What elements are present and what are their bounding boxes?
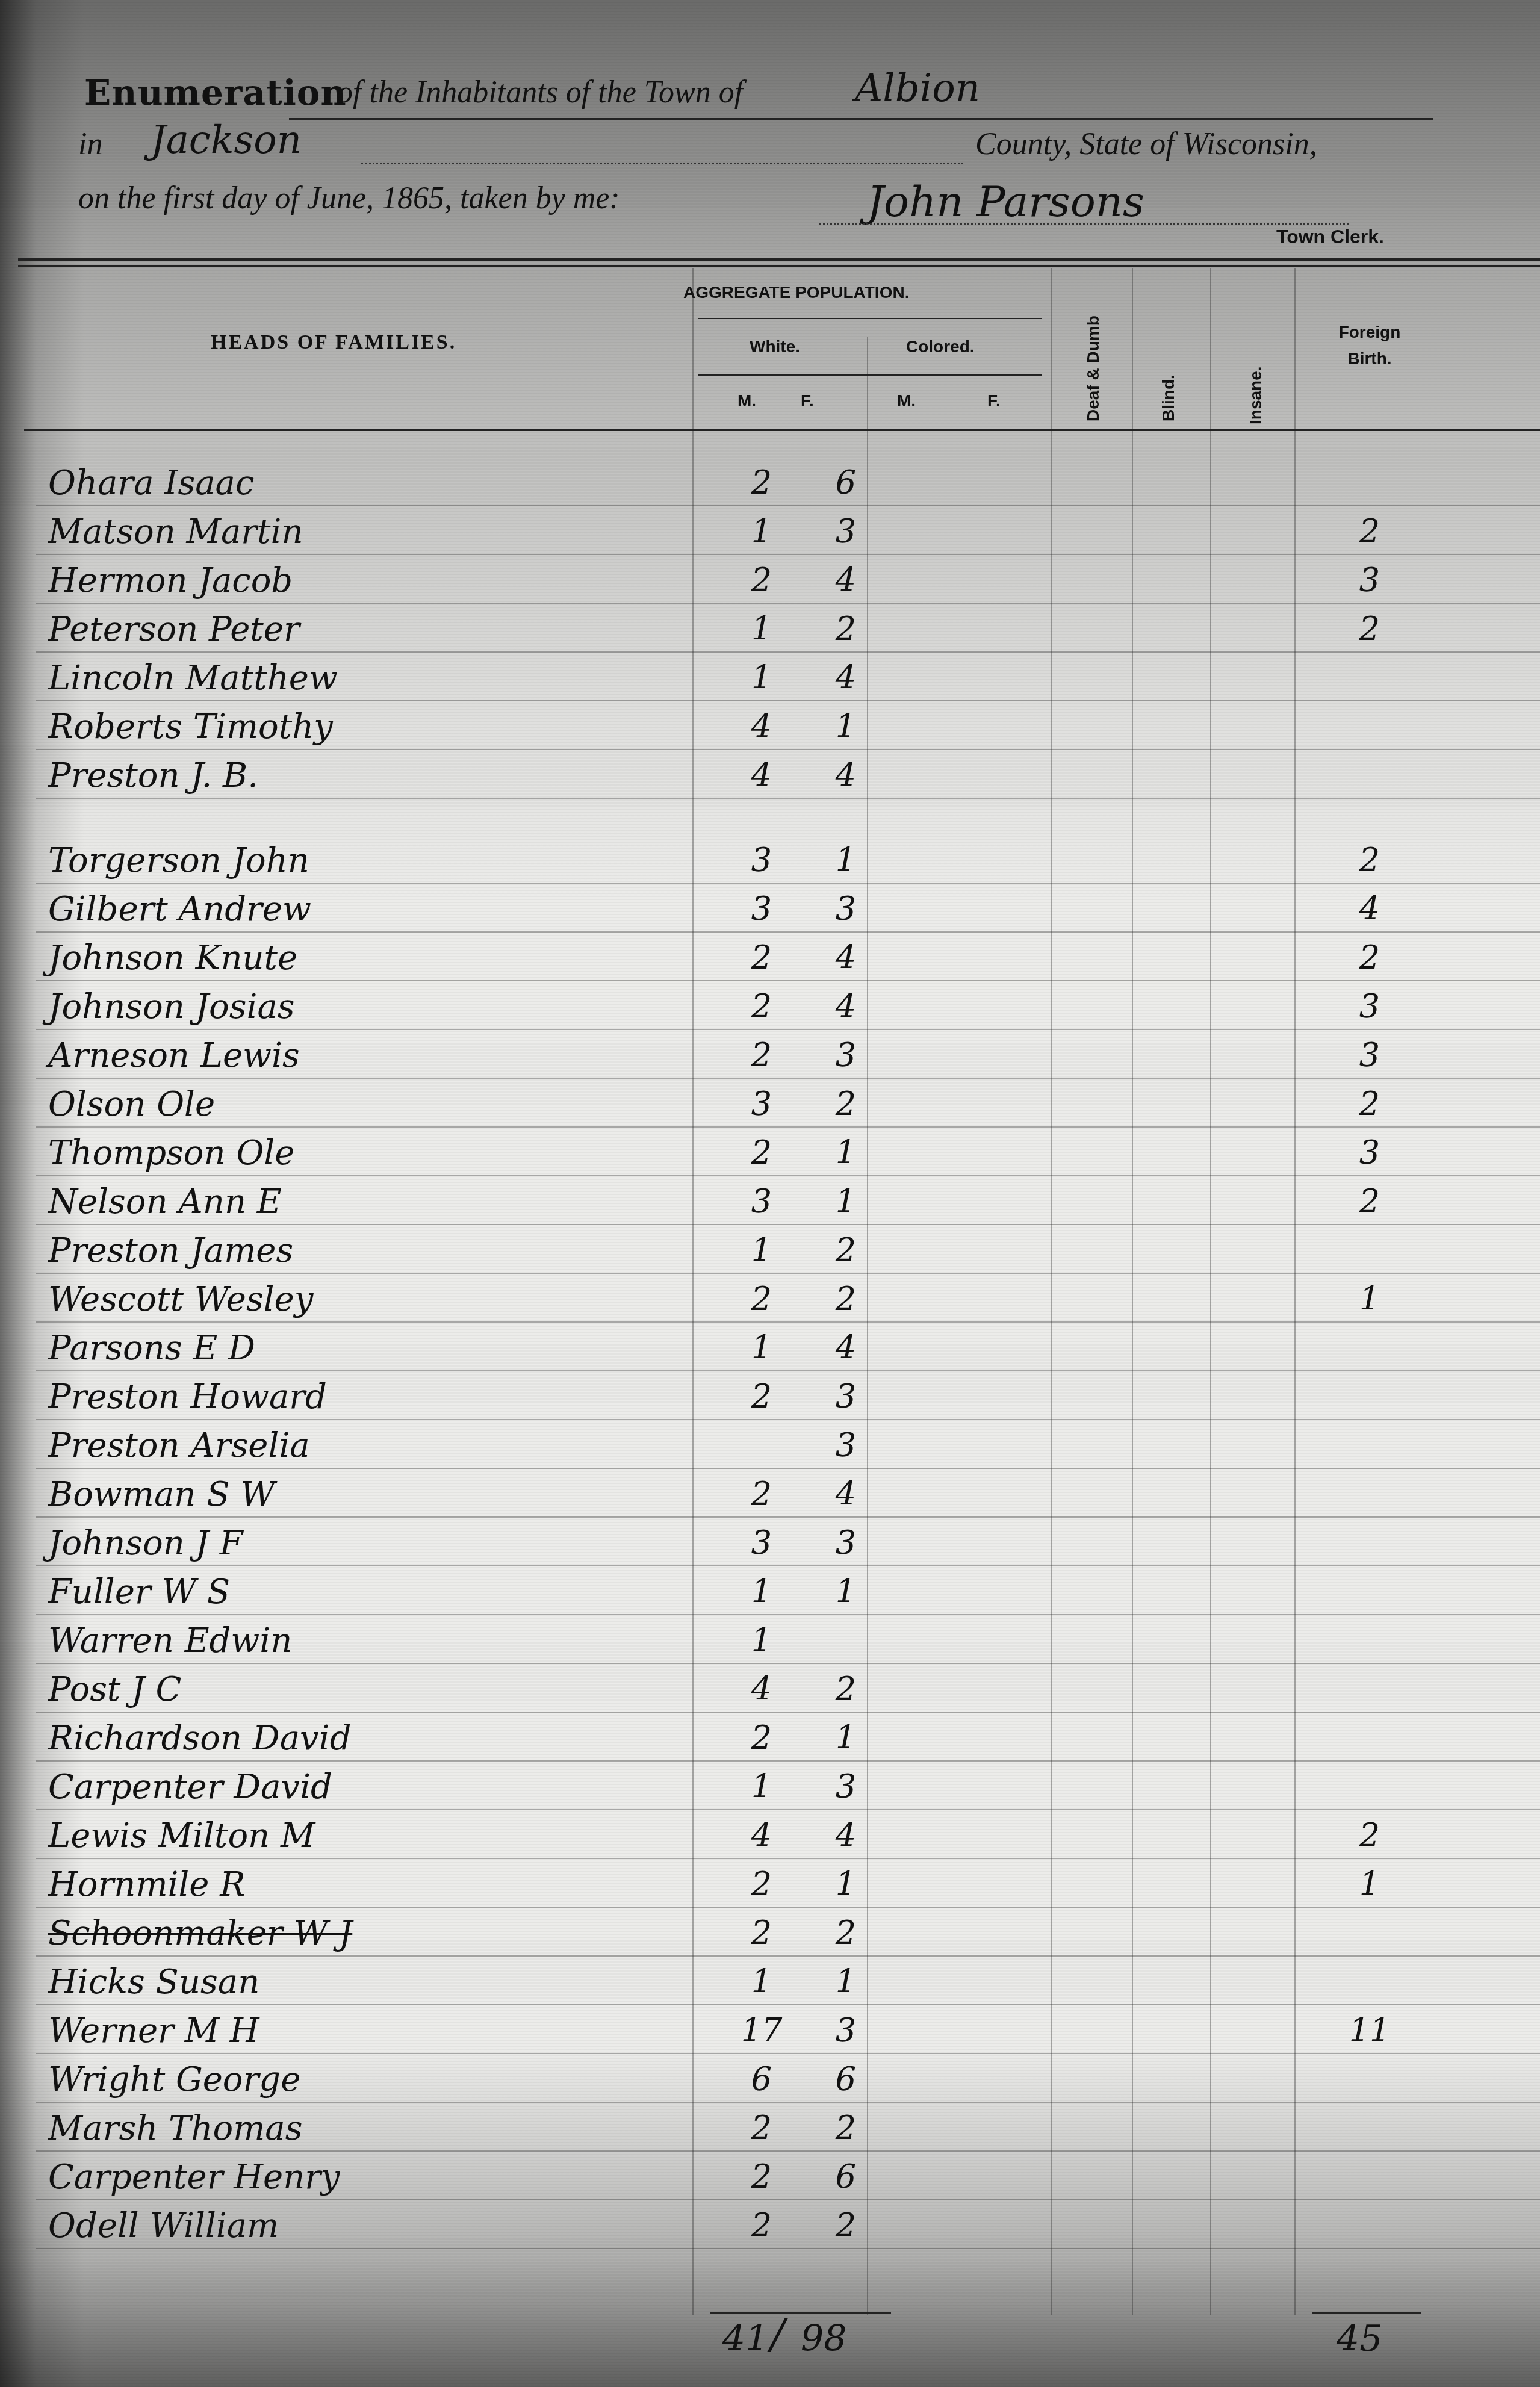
title-text: of the Inhabitants of the Town of [337,75,743,110]
table-row: Warren Edwin1 [0,1615,1540,1664]
white-female-count: 2 [825,2109,867,2147]
table-row: Matson Martin132 [0,506,1540,555]
white-female-count: 1 [825,1572,867,1610]
white-male-count: 2 [741,1280,783,1318]
table-row: Werner M H17311 [0,2005,1540,2054]
head-of-family-name: Wright George [48,2060,300,2099]
white-female-count: 4 [825,1475,867,1513]
foreign-birth-count: 2 [1349,610,1391,648]
col-white: White. [750,337,800,356]
head-of-family-name: Preston Howard [48,1377,327,1417]
table-row: Ohara Isaac26 [0,458,1540,506]
table-row: Lewis Milton M442 [0,1810,1540,1859]
white-male-count: 1 [741,512,783,550]
head-of-family-name: Arneson Lewis [48,1036,300,1075]
table-row: Johnson Josias243 [0,981,1540,1030]
white-female-count: 4 [825,987,867,1025]
table-row: Carpenter Henry26 [0,2152,1540,2200]
white-male-count: 1 [741,659,783,697]
white-female-count: 1 [825,841,867,879]
table-row: Bowman S W24 [0,1469,1540,1518]
head-of-family-name: Johnson J F [48,1524,243,1563]
table-row: Nelson Ann E312 [0,1176,1540,1225]
table-row: Richardson David21 [0,1713,1540,1762]
table-row: Johnson Knute242 [0,933,1540,981]
white-female-count: 1 [825,1182,867,1220]
table-row: Odell William22 [0,2200,1540,2249]
header-bottom-rule [24,429,1540,431]
head-of-family-name: Richardson David [48,1719,352,1758]
white-male-count: 2 [741,1134,783,1172]
white-female-count: 2 [825,1231,867,1269]
head-of-family-name: Lincoln Matthew [48,659,338,698]
col-aggregate-population: AGGREGATE POPULATION. [683,283,909,302]
white-female-count: 6 [825,2158,867,2196]
table-row: Preston Howard23 [0,1371,1540,1420]
date-line: on the first day of June, 1865, taken by… [78,181,620,216]
table-row: Carpenter David13 [0,1762,1540,1810]
white-female-count: 2 [825,1085,867,1123]
table-row: Hornmile R211 [0,1859,1540,1908]
col-colored-f: F. [987,391,1001,411]
table-row: Fuller W S11 [0,1566,1540,1615]
white-male-count: 3 [741,1524,783,1562]
white-male-count: 4 [741,1816,783,1854]
col-insane: Insane. [1246,337,1265,424]
foreign-birth-count: 2 [1349,512,1391,550]
white-female-count: 6 [825,464,867,501]
table-row: Preston Arselia3 [0,1420,1540,1469]
header-top-rule-2 [18,265,1540,267]
table-row: Preston James12 [0,1225,1540,1274]
table-row: Olson Ole322 [0,1079,1540,1128]
head-of-family-name: Preston James [48,1231,293,1270]
head-of-family-name: Johnson Knute [48,939,297,978]
foreign-birth-count: 2 [1349,1816,1391,1854]
table-row: Preston J. B.44 [0,750,1540,799]
head-of-family-name: Post J C [48,1670,181,1709]
line2-prefix: in [78,126,102,162]
white-female-count: 6 [825,2060,867,2098]
head-of-family-name: Ohara Isaac [48,464,254,503]
white-female-count: 3 [825,2011,867,2049]
head-of-family-name: Peterson Peter [48,610,300,649]
head-of-family-name: Roberts Timothy [48,707,333,747]
white-male-count: 2 [741,1865,783,1903]
white-male-count: 1 [741,1329,783,1367]
clerk-title: Town Clerk. [1276,226,1384,248]
white-male-count: 1 [741,1572,783,1610]
white-female-count: 4 [825,939,867,976]
head-of-family-name: Lewis Milton M [48,1816,315,1855]
white-female-count: 4 [825,1329,867,1367]
white-male-count: 3 [741,1182,783,1220]
foreign-birth-count: 2 [1349,1182,1391,1220]
table-row: Roberts Timothy41 [0,701,1540,750]
signature-underline [819,223,1349,225]
table-row: Wright George66 [0,2054,1540,2103]
white-male-count: 2 [741,1719,783,1757]
total-foreign-birth: 45 [1337,2318,1382,2360]
head-of-family-name: Hicks Susan [48,1963,259,2002]
white-female-count: 2 [825,1670,867,1708]
head-of-family-name: Johnson Josias [48,987,295,1026]
header-top-rule [18,258,1540,261]
foreign-birth-count: 3 [1349,1134,1391,1172]
white-male-count: 2 [741,2109,783,2147]
col-deaf-dumb: Deaf & Dumb [1084,283,1103,421]
title-enumeration: Enumeration [84,72,347,113]
white-female-count: 3 [825,1768,867,1805]
line2-suffix: County, State of Wisconsin, [975,126,1317,162]
white-male-count: 2 [741,1036,783,1074]
head-of-family-name: Bowman S W [48,1475,275,1514]
row-rule [36,798,1540,799]
foreign-birth-count: 3 [1349,561,1391,599]
white-male-count: 2 [741,987,783,1025]
white-male-count: 1 [741,1768,783,1805]
white-male-count: 1 [741,1621,783,1659]
table-row: Arneson Lewis233 [0,1030,1540,1079]
table-row: Thompson Ole213 [0,1128,1540,1176]
col-colored-m: M. [897,391,916,411]
town-name: Albion [855,66,980,111]
col-heads-of-families: HEADS OF FAMILIES. [211,331,456,354]
head-of-family-name: Schoonmaker W J [48,1914,352,1953]
totals-row: 41 / 98 45 [0,2312,1540,2366]
head-of-family-name: Olson Ole [48,1085,215,1124]
white-female-count: 3 [825,1377,867,1415]
head-of-family-name: Fuller W S [48,1572,230,1612]
white-female-count: 2 [825,1914,867,1952]
white-female-count: 2 [825,610,867,648]
col-white-m: M. [737,391,756,411]
table-row: Peterson Peter122 [0,604,1540,653]
white-female-count: 4 [825,659,867,697]
head-of-family-name: Matson Martin [48,512,303,551]
col-white-f: F. [801,391,814,411]
col-blind: Blind. [1159,343,1178,421]
subheader-rule [698,374,1042,376]
col-colored: Colored. [906,337,975,356]
foreign-birth-count: 11 [1349,2011,1391,2049]
white-male-count: 2 [741,561,783,599]
white-female-count: 2 [825,2206,867,2244]
title-underline [289,118,1433,120]
white-male-count: 4 [741,1670,783,1708]
white-female-count: 1 [825,1865,867,1903]
row-rule [36,2248,1540,2249]
clerk-signature: John Parsons [867,177,1144,226]
head-of-family-name: Gilbert Andrew [48,890,311,929]
white-female-count: 3 [825,1426,867,1464]
aggregate-rule [698,318,1042,319]
head-of-family-name: Werner M H [48,2011,259,2050]
head-of-family-name: Parsons E D [48,1329,255,1368]
white-male-count: 1 [741,1231,783,1269]
white-male-count: 2 [741,1377,783,1415]
white-male-count: 2 [741,2158,783,2196]
table-row: Lincoln Matthew14 [0,653,1540,701]
head-of-family-name: Preston J. B. [48,756,258,795]
white-female-count: 4 [825,756,867,794]
totals-slash: / [771,2309,785,2359]
head-of-family-name: Hornmile R [48,1865,245,1904]
white-female-count: 1 [825,707,867,745]
head-of-family-name: Odell William [48,2206,279,2246]
head-of-family-name: Marsh Thomas [48,2109,302,2148]
white-male-count: 6 [741,2060,783,2098]
head-of-family-name: Torgerson John [48,841,309,880]
table-row: Johnson J F33 [0,1518,1540,1566]
white-male-count: 3 [741,1085,783,1123]
table-row: Schoonmaker W J22 [0,1908,1540,1957]
white-male-count: 2 [741,2206,783,2244]
head-of-family-name: Carpenter David [48,1768,332,1807]
white-male-count: 1 [741,610,783,648]
foreign-birth-count: 1 [1349,1865,1391,1903]
white-female-count: 4 [825,561,867,599]
totals-bar [710,2312,891,2314]
foreign-birth-count: 2 [1349,841,1391,879]
col-foreign-birth: Foreign Birth. [1330,319,1409,372]
table-row: Hermon Jacob243 [0,555,1540,604]
total-white-m: 41 [722,2318,768,2360]
total-white-f: 98 [801,2318,846,2360]
white-female-count: 1 [825,1719,867,1757]
head-of-family-name: Warren Edwin [48,1621,292,1660]
foreign-birth-count: 2 [1349,1085,1391,1123]
white-female-count: 2 [825,1280,867,1318]
table-row: Wescott Wesley221 [0,1274,1540,1323]
white-male-count: 4 [741,707,783,745]
table-row: Torgerson John312 [0,835,1540,884]
white-male-count: 3 [741,890,783,928]
foreign-birth-count: 2 [1349,939,1391,976]
table-row: Parsons E D14 [0,1323,1540,1371]
white-female-count: 1 [825,1134,867,1172]
white-female-count: 3 [825,512,867,550]
census-page: Enumeration of the Inhabitants of the To… [0,0,1540,2387]
head-of-family-name: Wescott Wesley [48,1280,313,1319]
white-male-count: 2 [741,1914,783,1952]
head-of-family-name: Thompson Ole [48,1134,294,1173]
white-male-count: 2 [741,939,783,976]
white-male-count: 2 [741,1475,783,1513]
white-male-count: 17 [741,2011,783,2049]
county-underline [361,163,963,164]
head-of-family-name: Hermon Jacob [48,561,293,600]
foreign-birth-count: 3 [1349,1036,1391,1074]
foreign-birth-count: 3 [1349,987,1391,1025]
table-row: Gilbert Andrew334 [0,884,1540,933]
foreign-birth-count: 4 [1349,890,1391,928]
white-female-count: 3 [825,890,867,928]
white-male-count: 4 [741,756,783,794]
head-of-family-name: Carpenter Henry [48,2158,340,2197]
foreign-birth-count: 1 [1349,1280,1391,1318]
white-female-count: 4 [825,1816,867,1854]
table-row: Hicks Susan11 [0,1957,1540,2005]
county-name: Jackson [151,118,302,163]
head-of-family-name: Preston Arselia [48,1426,310,1465]
white-female-count: 3 [825,1036,867,1074]
white-male-count: 2 [741,464,783,501]
head-of-family-name: Nelson Ann E [48,1182,282,1221]
white-male-count: 3 [741,841,783,879]
foreign-totals-bar [1312,2312,1421,2314]
white-female-count: 1 [825,1963,867,2001]
table-row: Post J C42 [0,1664,1540,1713]
white-male-count: 1 [741,1963,783,2001]
table-row: Marsh Thomas22 [0,2103,1540,2152]
white-female-count: 3 [825,1524,867,1562]
